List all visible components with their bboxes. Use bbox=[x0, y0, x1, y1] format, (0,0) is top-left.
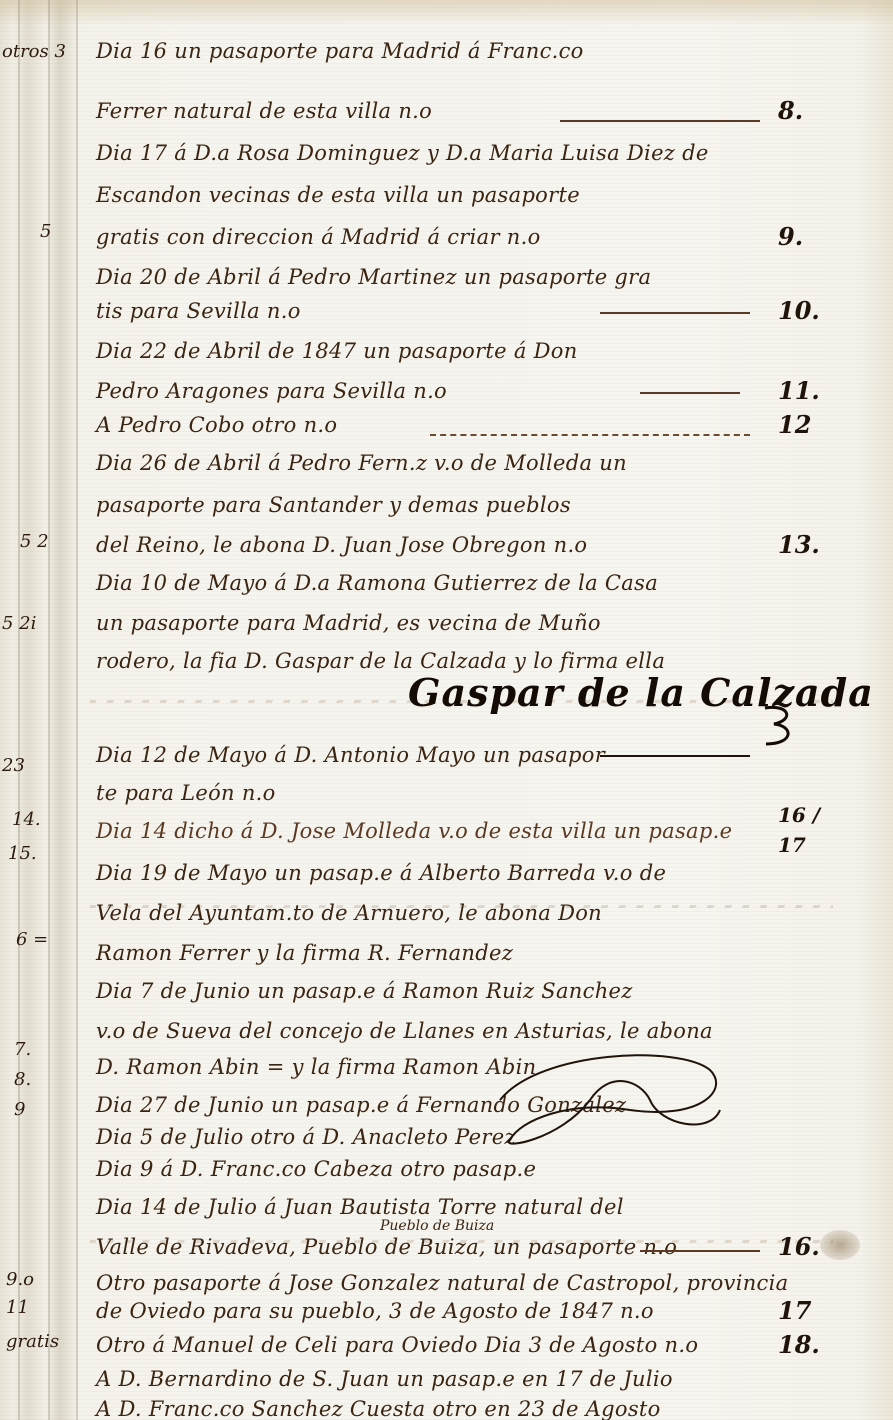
fill-rule bbox=[640, 392, 740, 394]
entry-line: A D. Bernardino de S. Juan un pasap.e en… bbox=[96, 1364, 776, 1394]
entry-line: te para León n.o bbox=[96, 778, 776, 808]
manuscript-page: Dia 16 un pasaporte para Madrid á Franc.… bbox=[0, 0, 893, 1420]
entry-line: del Reino, le abona D. Juan Jose Obregon… bbox=[96, 530, 776, 560]
page-fold bbox=[18, 0, 20, 1420]
margin-note: 11 bbox=[6, 1296, 86, 1320]
page-fold bbox=[76, 0, 78, 1420]
entry-line: de Oviedo para su pueblo, 3 de Agosto de… bbox=[96, 1296, 776, 1326]
entry-line: Escandon vecinas de esta villa un pasapo… bbox=[96, 180, 776, 210]
entry-number: 8. bbox=[778, 96, 828, 126]
entry-line: Otro á Manuel de Celi para Oviedo Dia 3 … bbox=[96, 1330, 776, 1360]
margin-note: 9 bbox=[14, 1098, 94, 1122]
fill-rule bbox=[560, 120, 760, 122]
margin-note: 5 2i bbox=[2, 612, 82, 636]
entry-line: Dia 20 de Abril á Pedro Martinez un pasa… bbox=[96, 262, 776, 292]
entry-line: Dia 10 de Mayo á D.a Ramona Gutierrez de… bbox=[96, 568, 776, 598]
margin-note: 9.o bbox=[6, 1268, 86, 1292]
margin-note: 5 bbox=[40, 220, 120, 244]
margin-note: otros 3 bbox=[2, 40, 82, 64]
rubric-flourish-icon bbox=[480, 1040, 730, 1150]
entry-line: un pasaporte para Madrid, es vecina de M… bbox=[96, 608, 776, 638]
strikethrough-rule bbox=[600, 755, 750, 757]
entry-number: 10. bbox=[778, 296, 828, 326]
entry-line: gratis con direccion á Madrid á criar n.… bbox=[96, 222, 776, 252]
entry-line: Valle de Rivadeva, Pueblo de Buiza, un p… bbox=[96, 1232, 776, 1262]
entry-line: Vela del Ayuntam.to de Arnuero, le abona… bbox=[96, 898, 776, 928]
margin-note: 5 2 bbox=[20, 530, 100, 554]
fill-rule bbox=[600, 312, 750, 314]
entry-line: Dia 9 á D. Franc.co Cabeza otro pasap.e bbox=[96, 1154, 776, 1184]
entry-number: 9. bbox=[778, 222, 828, 252]
entry-line: Pedro Aragones para Sevilla n.o bbox=[96, 376, 776, 406]
entry-number: 13. bbox=[778, 530, 828, 560]
entry-line: Dia 14 dicho á D. Jose Molleda v.o de es… bbox=[96, 816, 776, 846]
entry-number: 16. bbox=[778, 1232, 828, 1262]
entry-line: A D. Franc.co Sanchez Cuesta otro en 23 … bbox=[96, 1394, 776, 1420]
fill-rule bbox=[430, 432, 750, 436]
entry-line: pasaporte para Santander y demas pueblos bbox=[96, 490, 776, 520]
entry-line: Dia 16 un pasaporte para Madrid á Franc.… bbox=[96, 36, 776, 66]
entry-line: Dia 7 de Junio un pasap.e á Ramon Ruiz S… bbox=[96, 976, 776, 1006]
entry-number: 12 bbox=[778, 410, 828, 440]
margin-note: 6 = bbox=[16, 928, 96, 952]
margin-note: 8. bbox=[14, 1068, 94, 1092]
margin-note: gratis bbox=[6, 1330, 86, 1354]
margin-note: 7. bbox=[14, 1038, 94, 1062]
entry-line: Dia 19 de Mayo un pasap.e á Alberto Barr… bbox=[96, 858, 776, 888]
entry-line: Dia 17 á D.a Rosa Dominguez y D.a Maria … bbox=[96, 138, 776, 168]
page-fold bbox=[48, 0, 50, 1420]
signature-gaspar-de-la-calzada: Gaspar de la Calzada bbox=[408, 670, 874, 715]
entry-line: Dia 26 de Abril á Pedro Fern.z v.o de Mo… bbox=[96, 448, 776, 478]
top-edge-stain bbox=[0, 0, 893, 26]
margin-note: 15. bbox=[8, 842, 88, 866]
margin-note: 23 bbox=[2, 754, 82, 778]
entry-number: 17 bbox=[778, 1296, 828, 1326]
entry-number: 18. bbox=[778, 1330, 828, 1360]
entry-line: Otro pasaporte á Jose Gonzalez natural d… bbox=[96, 1268, 776, 1298]
entry-number: 16 / 17 bbox=[778, 800, 828, 860]
entry-line: Dia 22 de Abril de 1847 un pasaporte á D… bbox=[96, 336, 776, 366]
margin-note: 14. bbox=[12, 808, 92, 832]
entry-line: Ramon Ferrer y la firma R. Fernandez bbox=[96, 938, 776, 968]
entry-line: tis para Sevilla n.o bbox=[96, 296, 776, 326]
entry-number: 11. bbox=[778, 376, 828, 406]
fill-rule bbox=[640, 1250, 760, 1252]
